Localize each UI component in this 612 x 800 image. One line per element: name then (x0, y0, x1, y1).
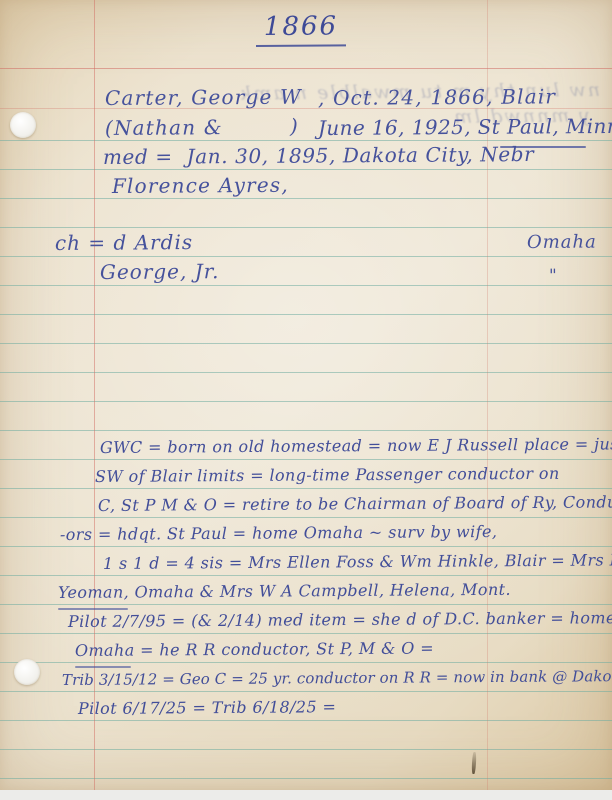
note-line: C, St P M & O = retire to be Chairman of… (98, 492, 612, 515)
child-first: ch = d Ardis (55, 230, 193, 255)
notebook-page: nw lun thy m tu mwalble n amk y mnnwd lm… (0, 0, 612, 790)
punch-hole-top (10, 112, 36, 138)
entry-death: June 16, 1925, St Paul, Minn = Omaha (318, 113, 612, 140)
child-first-residence: Omaha (527, 232, 597, 253)
scan-background-strip (0, 790, 612, 800)
note-line: Yeoman, Omaha & Mrs W A Campbell, Helena… (58, 580, 511, 602)
punch-hole-bottom (14, 659, 40, 685)
note-line: Pilot 6/17/25 = Trib 6/18/25 = (78, 697, 336, 718)
note-line: Omaha = he R R conductor, St P, M & O = (75, 638, 434, 660)
year-heading: 1866 (256, 11, 346, 47)
child-second: George, Jr. (100, 259, 220, 284)
entry-parents: (Nathan & (105, 115, 223, 140)
ditto-mark: " (549, 266, 558, 286)
ink-underline (75, 666, 131, 668)
entry-birth: , Oct. 24, 1866, Blair (318, 84, 556, 110)
entry-name: Carter, George W (105, 85, 302, 110)
ink-underline (58, 608, 128, 610)
ink-blot (471, 752, 476, 774)
note-line: SW of Blair limits = long-time Passenger… (95, 464, 560, 486)
note-line: -ors = hdqt. St Paul = home Omaha ~ surv… (60, 522, 498, 544)
note-line: GWC = born on old homestead = now E J Ru… (100, 434, 612, 457)
entry-spouse: Florence Ayres, (112, 173, 289, 198)
note-line: Pilot 2/7/95 = (& 2/14) med item = she d… (68, 608, 612, 631)
note-line: Trib 3/15/12 = Geo C = 25 yr. conductor … (62, 667, 612, 689)
entry-marriage: med = Jan. 30, 1895, Dakota City, Nebr (103, 142, 535, 169)
entry-parents-close: ) (290, 114, 299, 138)
note-line: 1 s 1 d = 4 sis = Mrs Ellen Foss & Wm Hi… (103, 550, 612, 573)
top-margin-red-line (0, 68, 612, 69)
